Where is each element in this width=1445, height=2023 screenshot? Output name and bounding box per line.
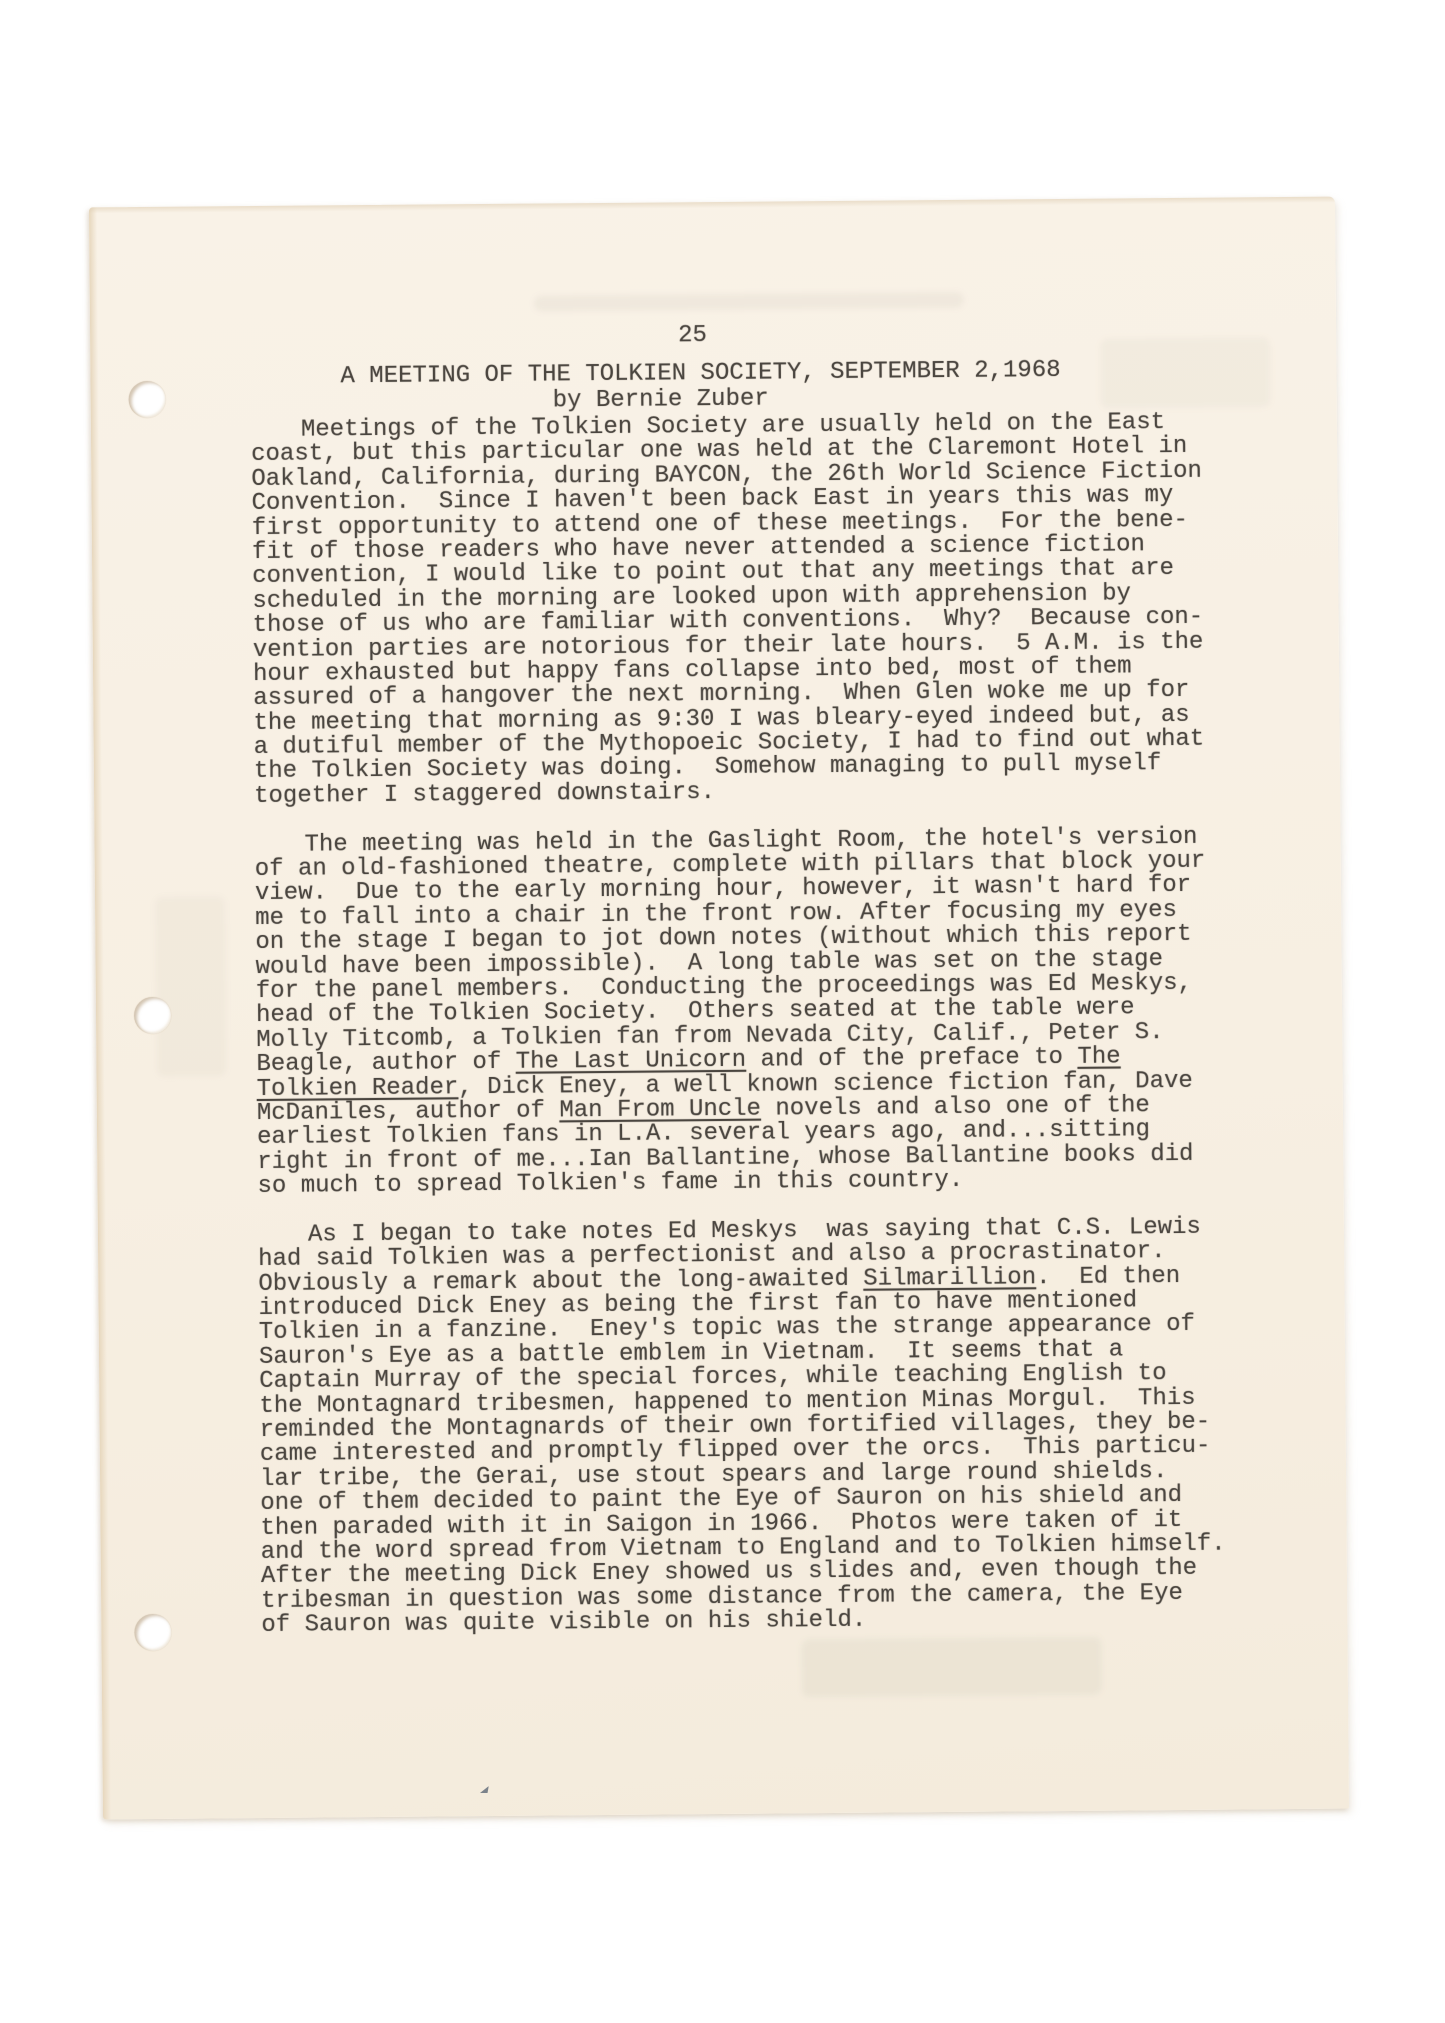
article-body: Meetings of the Tolkien Society are usua…	[251, 411, 1227, 1639]
paper-sheet: 25 A MEETING OF THE TOLKIEN SOCIETY, SEP…	[89, 197, 1349, 1820]
ink-smudge	[802, 1637, 1102, 1698]
text-segment: so much to spread Tolkien's fame in this…	[257, 1167, 963, 1200]
punch-hole-middle	[134, 997, 171, 1034]
ink-smudge	[534, 292, 964, 312]
ink-smudge	[1100, 337, 1271, 408]
ink-speck	[480, 1786, 489, 1793]
text-line: together I staggered downstairs.	[254, 776, 1219, 809]
punch-hole-top	[129, 381, 166, 418]
text-line: so much to spread Tolkien's fame in this…	[257, 1167, 1222, 1200]
underlined-text: The	[1077, 1044, 1120, 1071]
text-segment: together I staggered downstairs.	[254, 779, 715, 810]
text-segment: of Sauron was quite visible on his shiel…	[261, 1607, 866, 1639]
text-line: of Sauron was quite visible on his shiel…	[261, 1606, 1226, 1639]
paragraph: As I began to take notes Ed Meskys was s…	[258, 1216, 1227, 1639]
paragraph: The meeting was held in the Gaslight Roo…	[254, 825, 1222, 1199]
article-title: A MEETING OF THE TOLKIEN SOCIETY, SEPTEM…	[340, 359, 1060, 390]
page-number: 25	[678, 324, 707, 349]
ink-smudge	[155, 896, 227, 1077]
page-background: { "colors": { "paper": "#f7efe2", "ink":…	[0, 0, 1445, 2023]
punch-hole-bottom	[134, 1614, 171, 1651]
article-byline: by Bernie Zuber	[553, 388, 769, 414]
paragraph: Meetings of the Tolkien Society are usua…	[251, 411, 1219, 810]
